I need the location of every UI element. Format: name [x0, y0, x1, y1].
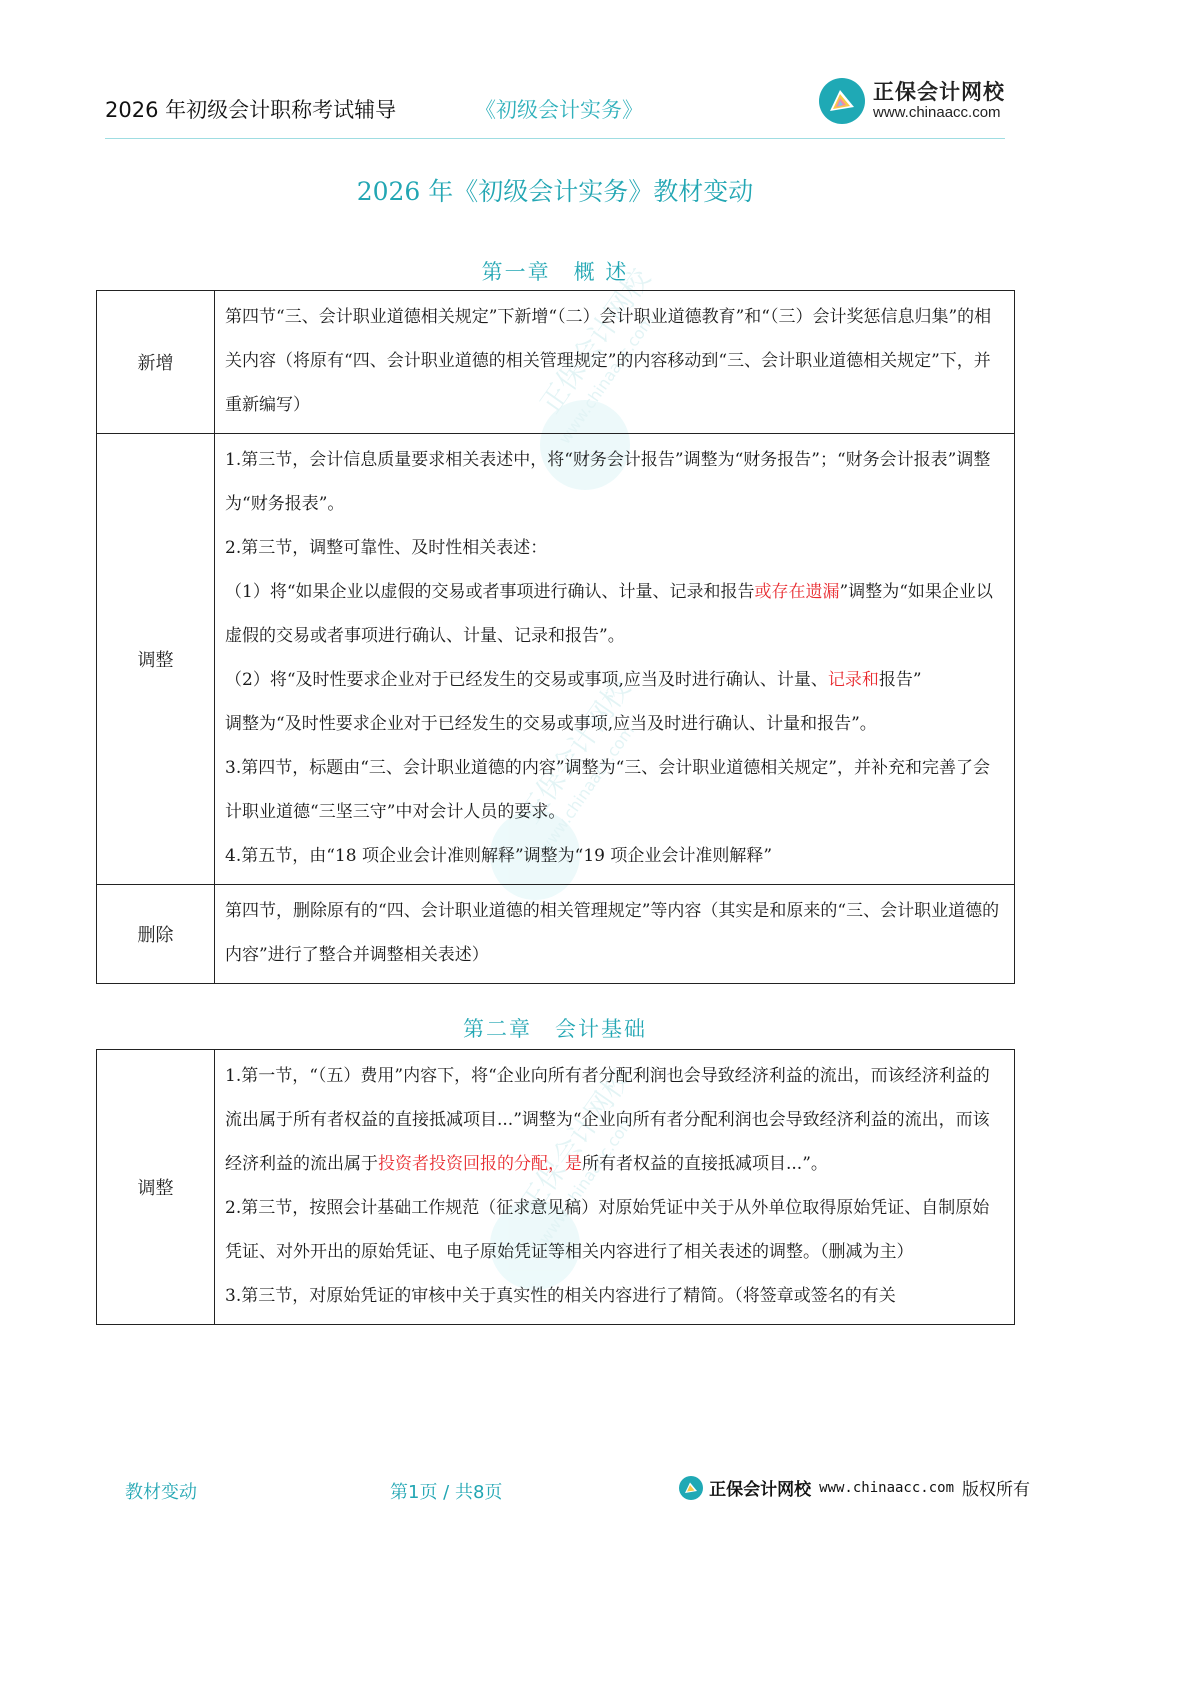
paragraph-text: 报告” [879, 670, 922, 690]
header-divider [105, 138, 1005, 139]
footer-brand-name: 正保会计网校 [709, 1475, 811, 1500]
paragraph-text: 1.第三节，会计信息质量要求相关表述中，将“财务会计报告”调整为“财务报告”；“… [225, 450, 990, 514]
paragraph-text: 第四节“三、会计职业道德相关规定”下新增“（二）会计职业道德教育”和“（三）会计… [225, 307, 991, 415]
chapter-title: 第二章 会计基础 [0, 1013, 1110, 1043]
change-category: 新增 [97, 291, 215, 434]
paragraph-text: 第四节，删除原有的“四、会计职业道德的相关管理规定”等内容（其实是和原来的“三、… [225, 901, 999, 965]
change-description: 第四节，删除原有的“四、会计职业道德的相关管理规定”等内容（其实是和原来的“三、… [215, 885, 1015, 984]
change-description: 第四节“三、会计职业道德相关规定”下新增“（二）会计职业道德教育”和“（三）会计… [215, 291, 1015, 434]
change-paragraph: 3.第四节，标题由“三、会计职业道德的内容”调整为“三、会计职业道德相关规定”，… [225, 746, 1004, 834]
footer-rights: 版权所有 [962, 1475, 1030, 1500]
paragraph-text: 3.第三节，对原始凭证的审核中关于真实性的相关内容进行了精简。（将签章或签名的有… [225, 1286, 896, 1306]
header-exam-title: 2026 年初级会计职称考试辅导 [105, 94, 396, 124]
change-paragraph: 调整为“及时性要求企业对于已经发生的交易或事项,应当及时进行确认、计量和报告”。 [225, 702, 1004, 746]
logo-icon [679, 1476, 703, 1500]
paragraph-text: （1）将“如果企业以虚假的交易或者事项进行确认、计量、记录和报告 [225, 582, 755, 602]
paragraph-text: 2.第三节，调整可靠性、及时性相关表述： [225, 538, 547, 558]
paragraph-text: 调整为“及时性要求企业对于已经发生的交易或事项,应当及时进行确认、计量和报告”。 [225, 714, 877, 734]
paragraph-text: 3.第四节，标题由“三、会计职业道德的内容”调整为“三、会计职业道德相关规定”，… [225, 758, 990, 822]
change-description: 1.第三节，会计信息质量要求相关表述中，将“财务会计报告”调整为“财务报告”；“… [215, 434, 1015, 885]
logo-icon [819, 78, 865, 124]
footer-brand: 正保会计网校 www.chinaacc.com 版权所有 [679, 1475, 1030, 1500]
brand-logo: 正保会计网校 www.chinaacc.com [819, 78, 1005, 124]
highlighted-text: 或存在遗漏 [755, 582, 840, 602]
header-book-title: 《初级会计实务》 [475, 94, 643, 124]
change-description: 1.第一节，“（五）费用”内容下，将“企业向所有者分配利润也会导致经济利益的流出… [215, 1050, 1015, 1325]
logo-url: www.chinaacc.com [873, 104, 1005, 122]
page-header: 2026 年初级会计职称考试辅导 《初级会计实务》 正保会计网校 www.chi… [105, 80, 1005, 140]
change-paragraph: 3.第三节，对原始凭证的审核中关于真实性的相关内容进行了精简。（将签章或签名的有… [225, 1274, 1004, 1318]
change-row: 调整1.第三节，会计信息质量要求相关表述中，将“财务会计报告”调整为“财务报告”… [97, 434, 1015, 885]
change-paragraph: 1.第一节，“（五）费用”内容下，将“企业向所有者分配利润也会导致经济利益的流出… [225, 1054, 1004, 1186]
chapter-1-change-table: 新增第四节“三、会计职业道德相关规定”下新增“（二）会计职业道德教育”和“（三）… [96, 290, 1015, 984]
change-row: 调整1.第一节，“（五）费用”内容下，将“企业向所有者分配利润也会导致经济利益的… [97, 1050, 1015, 1325]
footer-section-label: 教材变动 [125, 1478, 197, 1504]
change-paragraph: 第四节，删除原有的“四、会计职业道德的相关管理规定”等内容（其实是和原来的“三、… [225, 889, 1004, 977]
footer-url: www.chinaacc.com [819, 1480, 954, 1496]
change-paragraph: 1.第三节，会计信息质量要求相关表述中，将“财务会计报告”调整为“财务报告”；“… [225, 438, 1004, 526]
page-footer: 教材变动 第1页 / 共8页 正保会计网校 www.chinaacc.com 版… [125, 1478, 1030, 1508]
paragraph-text: 所有者权益的直接抵减项目...”。 [582, 1154, 828, 1174]
highlighted-text: 投资者投资回报的分配，是 [378, 1154, 582, 1174]
change-row: 新增第四节“三、会计职业道德相关规定”下新增“（二）会计职业道德教育”和“（三）… [97, 291, 1015, 434]
change-paragraph: 2.第三节，调整可靠性、及时性相关表述： [225, 526, 1004, 570]
change-paragraph: 2.第三节，按照会计基础工作规范（征求意见稿）对原始凭证中关于从外单位取得原始凭… [225, 1186, 1004, 1274]
change-category: 删除 [97, 885, 215, 984]
change-paragraph: 第四节“三、会计职业道德相关规定”下新增“（二）会计职业道德教育”和“（三）会计… [225, 295, 1004, 427]
chapter-title: 第一章 概 述 [0, 256, 1110, 286]
change-row: 删除第四节，删除原有的“四、会计职业道德的相关管理规定”等内容（其实是和原来的“… [97, 885, 1015, 984]
change-paragraph: （2）将“及时性要求企业对于已经发生的交易或事项,应当及时进行确认、计量、记录和… [225, 658, 1004, 702]
paragraph-text: 2.第三节，按照会计基础工作规范（征求意见稿）对原始凭证中关于从外单位取得原始凭… [225, 1198, 989, 1262]
document-title: 2026 年《初级会计实务》教材变动 [0, 172, 1110, 208]
change-category: 调整 [97, 434, 215, 885]
change-category: 调整 [97, 1050, 215, 1325]
change-paragraph: （1）将“如果企业以虚假的交易或者事项进行确认、计量、记录和报告或存在遗漏”调整… [225, 570, 1004, 658]
paragraph-text: （2）将“及时性要求企业对于已经发生的交易或事项,应当及时进行确认、计量、 [225, 670, 828, 690]
page-indicator: 第1页 / 共8页 [390, 1478, 502, 1504]
chapter-2-change-table: 调整1.第一节，“（五）费用”内容下，将“企业向所有者分配利润也会导致经济利益的… [96, 1049, 1015, 1325]
change-paragraph: 4.第五节，由“18 项企业会计准则解释”调整为“19 项企业会计准则解释” [225, 834, 1004, 878]
highlighted-text: 记录和 [828, 670, 879, 690]
logo-name: 正保会计网校 [873, 80, 1005, 104]
paragraph-text: 4.第五节，由“18 项企业会计准则解释”调整为“19 项企业会计准则解释” [225, 846, 772, 866]
